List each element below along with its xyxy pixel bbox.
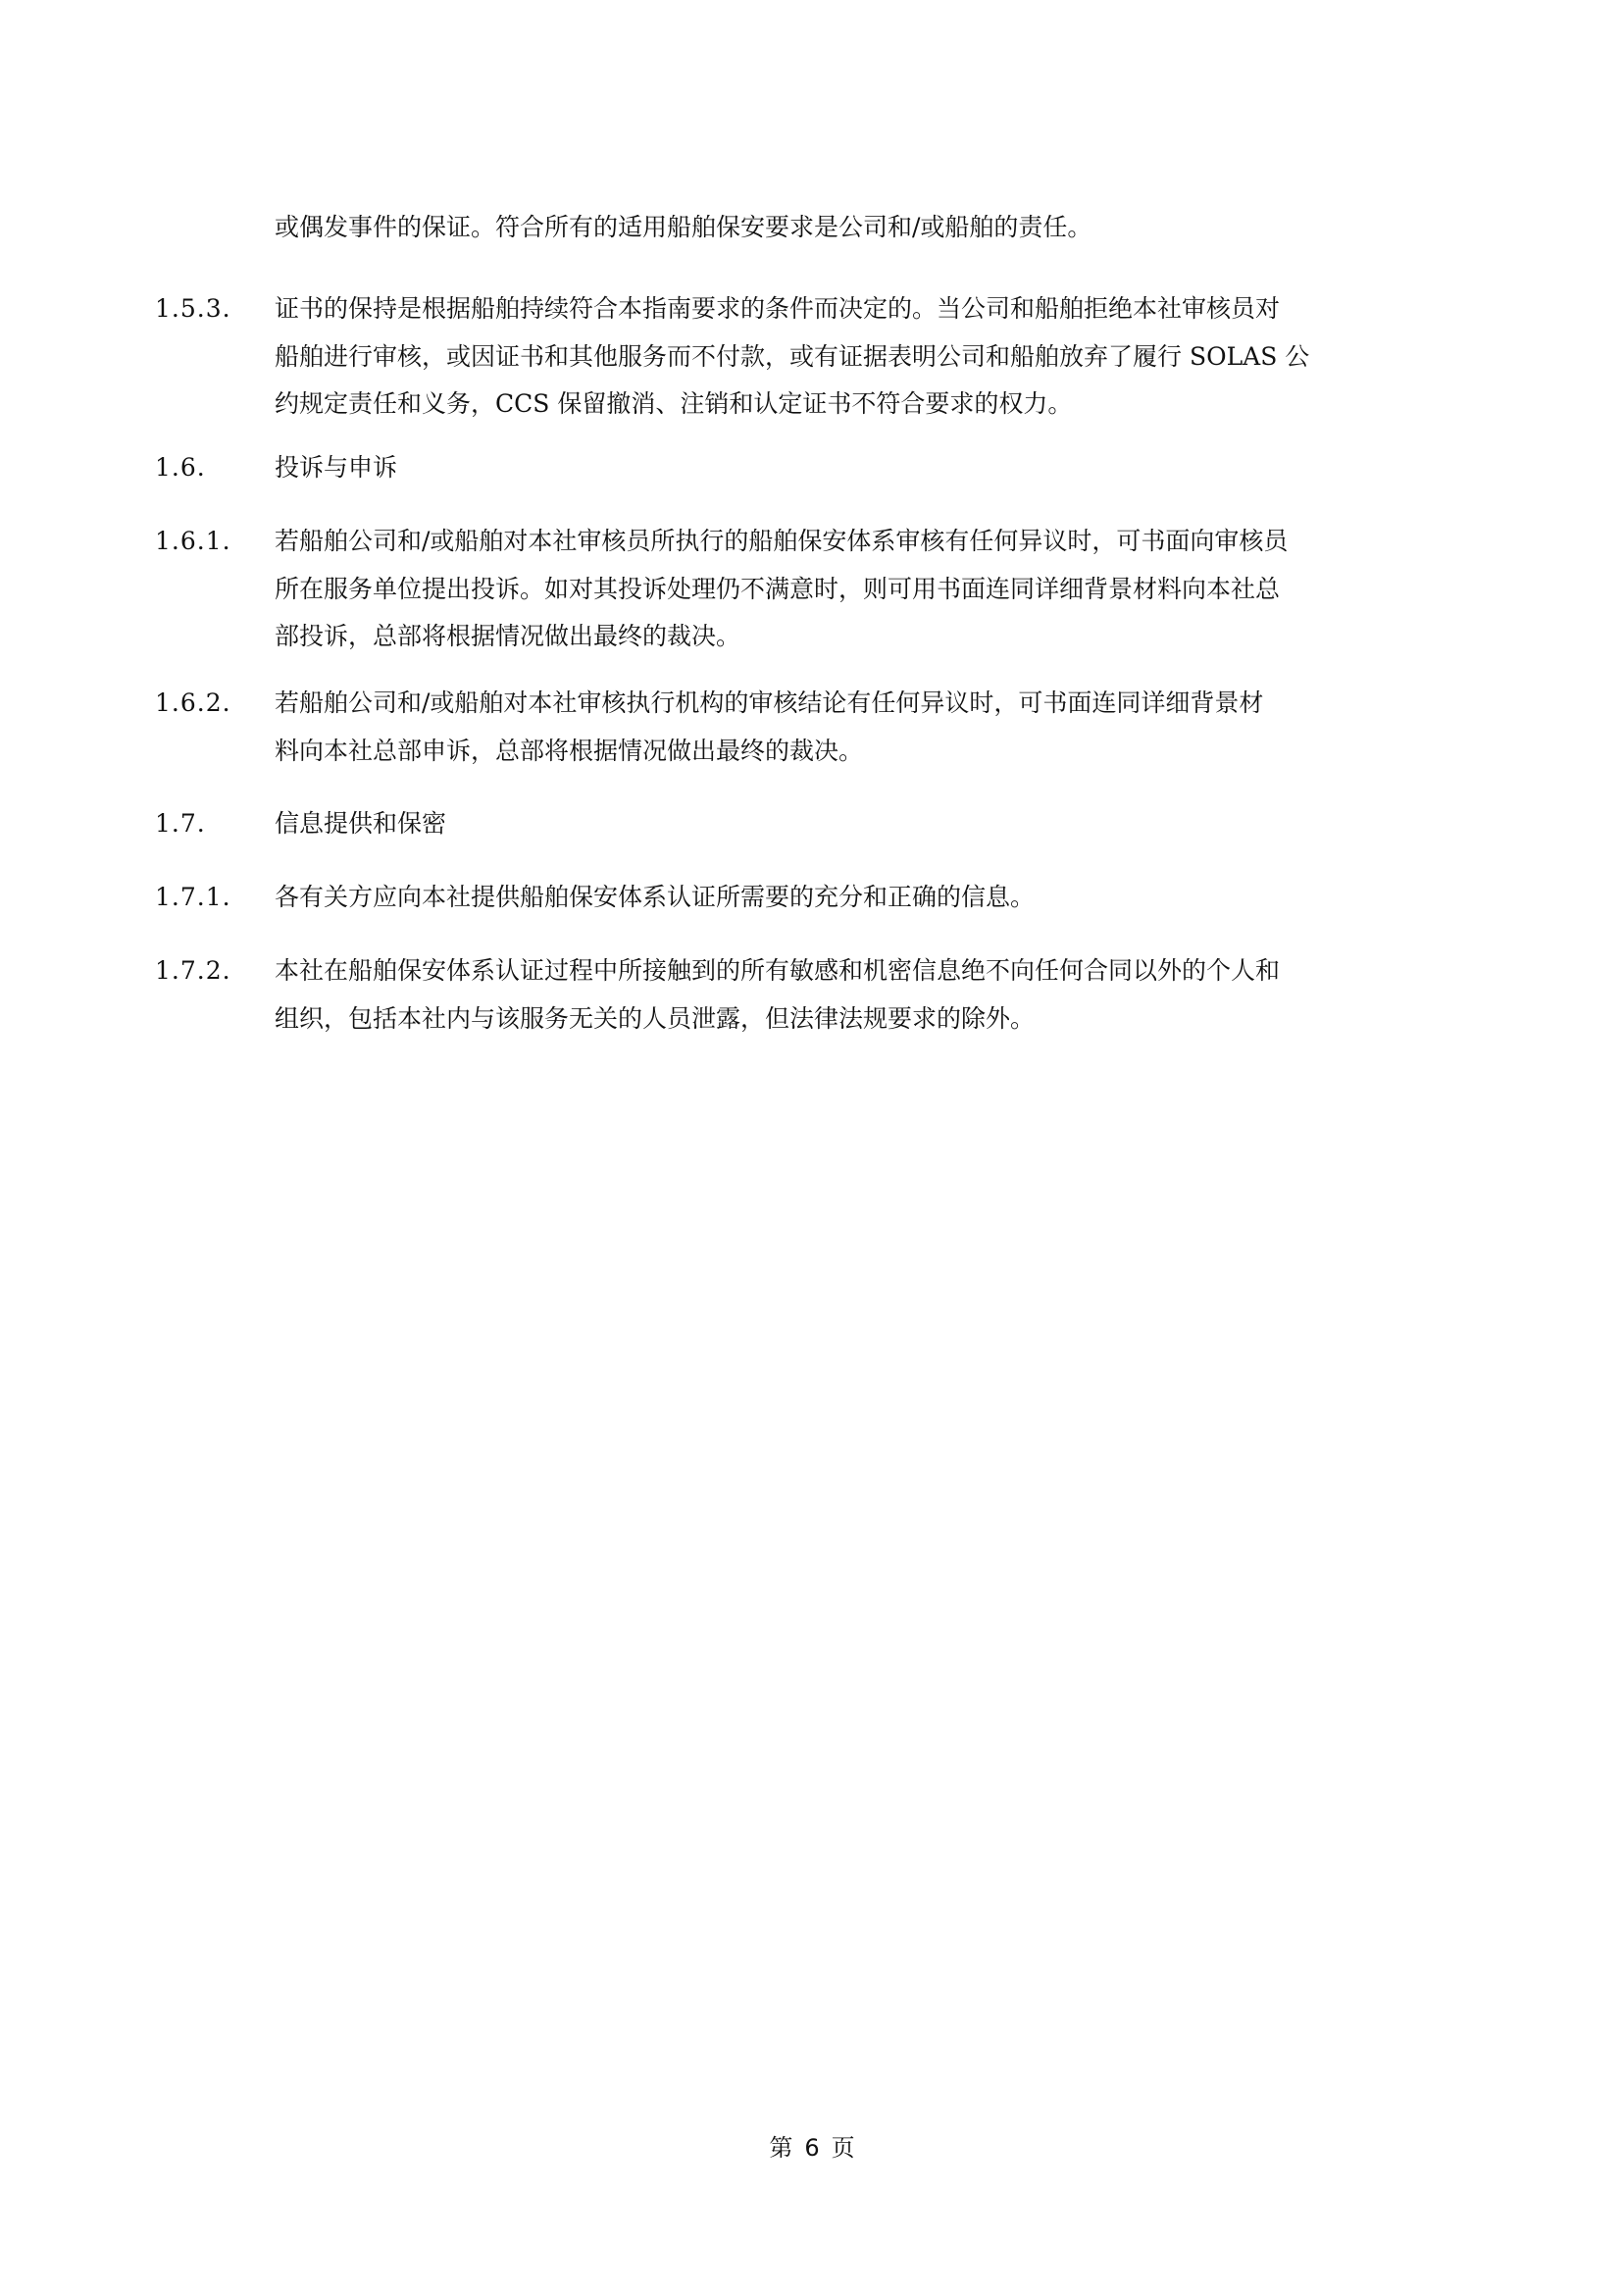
clause-number: 1.6.1. — [155, 518, 275, 566]
text-line: 各有关方应向本社提供船舶保安体系认证所需要的充分和正确的信息。 — [275, 874, 1469, 922]
section-1-6-heading: 1.6. 投诉与申诉 — [155, 444, 1469, 492]
text-line: 约规定责任和义务，CCS 保留撤消、注销和认定证书不符合要求的权力。 — [275, 381, 1469, 429]
text-line: 料向本社总部申诉，总部将根据情况做出最终的裁决。 — [275, 728, 1469, 776]
page-number: 6 — [804, 2134, 819, 2162]
text-line: 船舶进行审核，或因证书和其他服务而不付款，或有证据表明公司和船舶放弃了履行 SO… — [275, 333, 1469, 382]
section-title: 投诉与申诉 — [275, 444, 1469, 492]
text-line: 组织，包括本社内与该服务无关的人员泄露，但法律法规要求的除外。 — [275, 995, 1469, 1044]
text-line: 若船舶公司和/或船舶对本社审核执行机构的审核结论有任何异议时，可书面连同详细背景… — [275, 680, 1469, 728]
clause-1-7-2: 1.7.2. 本社在船舶保安体系认证过程中所接触到的所有敏感和机密信息绝不向任何… — [155, 947, 1469, 1043]
clause-number: 1.6.2. — [155, 680, 275, 728]
clause-number: 1.7.1. — [155, 874, 275, 922]
page-footer: 第6页 — [0, 2128, 1624, 2163]
section-title: 信息提供和保密 — [275, 800, 1469, 848]
text-line: 所在服务单位提出投诉。如对其投诉处理仍不满意时，则可用书面连同详细背景材料向本社… — [275, 566, 1469, 614]
clause-1-7-1: 1.7.1. 各有关方应向本社提供船舶保安体系认证所需要的充分和正确的信息。 — [155, 874, 1469, 922]
clause-number: 1.7.2. — [155, 947, 275, 995]
section-number: 1.6. — [155, 444, 275, 492]
section-number: 1.7. — [155, 800, 275, 848]
clause-number: 1.5.3. — [155, 285, 275, 333]
section-1-7-heading: 1.7. 信息提供和保密 — [155, 800, 1469, 848]
text-line: 部投诉，总部将根据情况做出最终的裁决。 — [275, 613, 1469, 661]
text-line: 若船舶公司和/或船舶对本社审核员所执行的船舶保安体系审核有任何异议时，可书面向审… — [275, 518, 1469, 566]
text-line: 或偶发事件的保证。符合所有的适用船舶保安要求是公司和/或船舶的责任。 — [275, 204, 1469, 252]
text-line: 本社在船舶保安体系认证过程中所接触到的所有敏感和机密信息绝不向任何合同以外的个人… — [275, 947, 1469, 995]
clause-1-6-2: 1.6.2. 若船舶公司和/或船舶对本社审核执行机构的审核结论有任何异议时，可书… — [155, 680, 1469, 775]
page-prefix: 第 — [769, 2134, 792, 2162]
clause-1-6-1: 1.6.1. 若船舶公司和/或船舶对本社审核员所执行的船舶保安体系审核有任何异议… — [155, 518, 1469, 661]
page-suffix: 页 — [832, 2134, 855, 2162]
text-line: 证书的保持是根据船舶持续符合本指南要求的条件而决定的。当公司和船舶拒绝本社审核员… — [275, 285, 1469, 333]
clause-1-5-3: 1.5.3. 证书的保持是根据船舶持续符合本指南要求的条件而决定的。当公司和船舶… — [155, 285, 1469, 429]
paragraph-continuation: 或偶发事件的保证。符合所有的适用船舶保安要求是公司和/或船舶的责任。 — [155, 204, 1469, 252]
